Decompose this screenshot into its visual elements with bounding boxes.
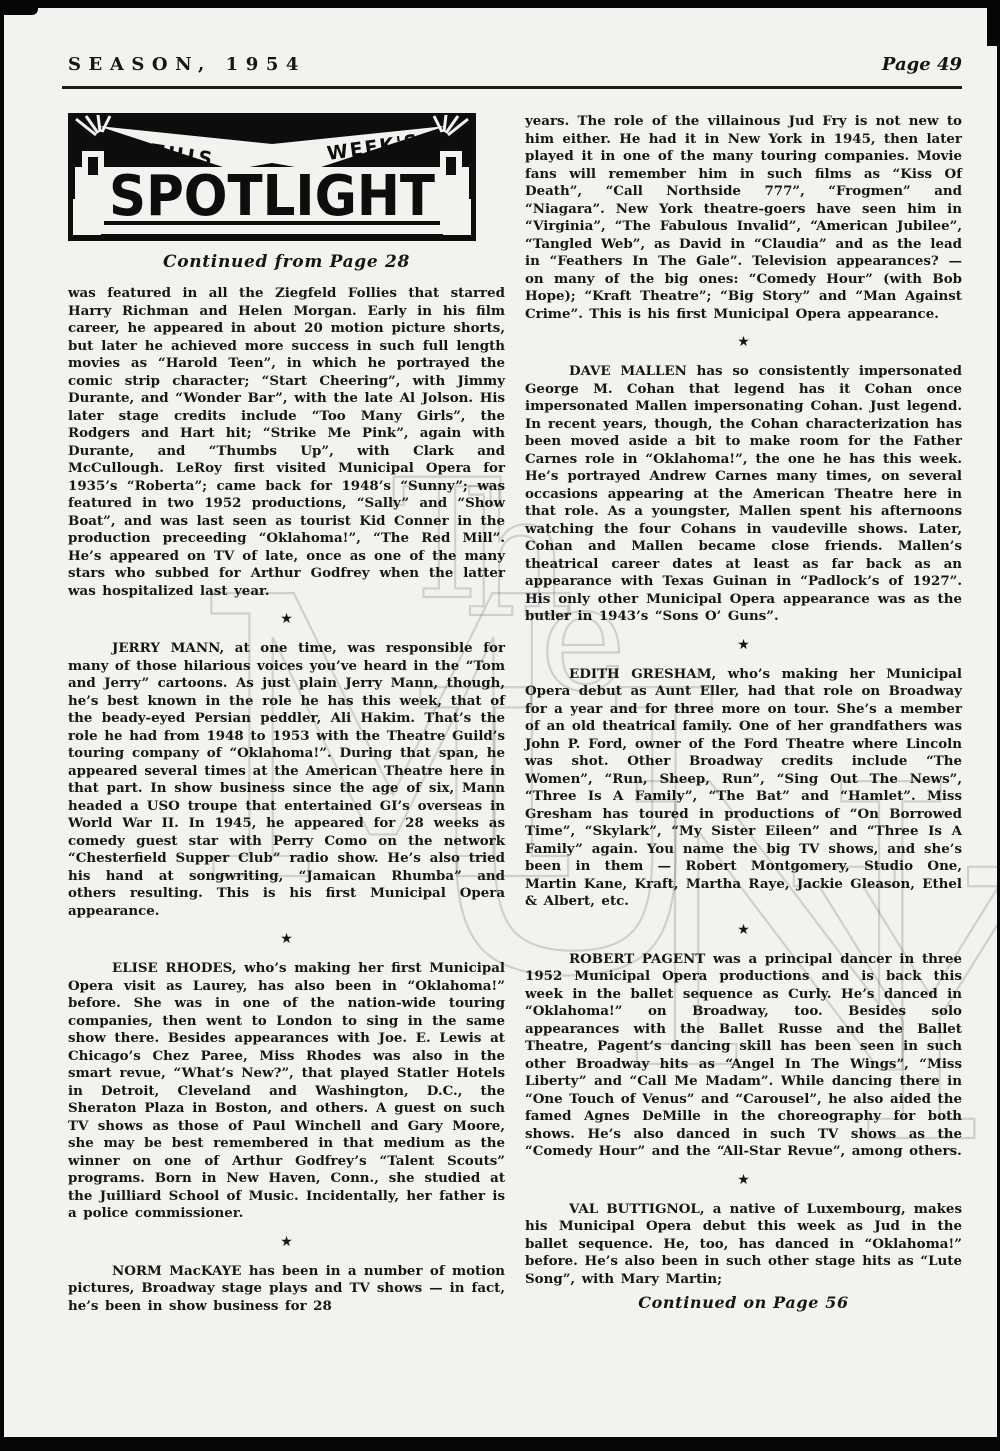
- star-divider: ★: [525, 638, 962, 653]
- left-column: THIS WEEK'S SPOTLIGHT Continued from Pag…: [68, 113, 505, 1315]
- bio-paragraph-edith-gresham: EDITH GRESHAM, who’s making her Municipa…: [525, 666, 962, 911]
- logo-spotlight-text: SPOTLIGHT: [109, 164, 435, 229]
- continued-from-note: Continued from Page 28: [68, 252, 505, 272]
- star-divider: ★: [525, 335, 962, 350]
- header-rule: [62, 86, 962, 89]
- bio-paragraph-leroy-continuation: was featured in all the Ziegfeld Follies…: [68, 285, 505, 600]
- bio-paragraph-robert-pagent: ROBERT PAGENT was a principal dancer in …: [525, 951, 962, 1161]
- scan-border-bottom: [0, 1437, 1000, 1451]
- page-header: SEASON, 1954 Page 49: [68, 54, 962, 75]
- scan-artifact-top-left: [0, 0, 38, 15]
- star-divider: ★: [525, 1173, 962, 1188]
- this-weeks-spotlight-banner: THIS WEEK'S SPOTLIGHT: [68, 113, 476, 241]
- magazine-page: T h e M U N Y SEASON, 1954 Page 49: [0, 0, 1000, 1451]
- bio-paragraph-jud-fry-continuation: years. The role of the villainous Jud Fr…: [525, 113, 962, 323]
- scan-border-top: [0, 0, 1000, 8]
- star-divider: ★: [68, 1235, 505, 1250]
- page-number: Page 49: [882, 54, 962, 75]
- season-title: SEASON, 1954: [68, 54, 306, 75]
- right-column: years. The role of the villainous Jud Fr…: [525, 113, 962, 1315]
- scan-artifact-top-right: [987, 0, 1000, 46]
- spotlight-logo-art: THIS WEEK'S SPOTLIGHT: [68, 113, 476, 241]
- bio-paragraph-dave-mallen: DAVE MALLEN has so consistently imperson…: [525, 363, 962, 626]
- bio-paragraph-norm-mackaye: NORM MacKAYE has been in a number of mot…: [68, 1263, 505, 1316]
- bio-paragraph-val-buttignol: VAL BUTTIGNOL, a native of Luxembourg, m…: [525, 1201, 962, 1289]
- star-divider: ★: [68, 612, 505, 627]
- article-body: THIS WEEK'S SPOTLIGHT Continued from Pag…: [68, 113, 962, 1315]
- continued-on-note: Continued on Page 56: [525, 1293, 962, 1312]
- scan-border-left: [0, 0, 4, 1451]
- bio-paragraph-elise-rhodes: ELISE RHODES, who’s making her first Mun…: [68, 960, 505, 1223]
- star-divider: ★: [525, 923, 962, 938]
- bio-paragraph-jerry-mann: JERRY MANN, at one time, was responsible…: [68, 640, 505, 920]
- star-divider: ★: [68, 932, 505, 947]
